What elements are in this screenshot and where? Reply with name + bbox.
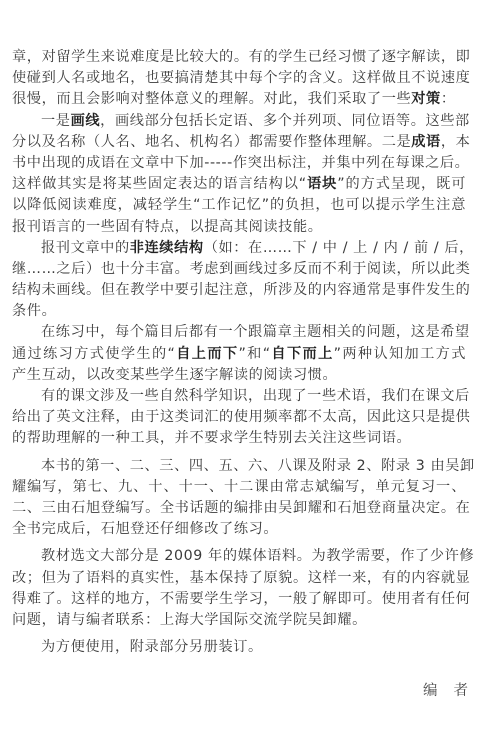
text-line: 产生互动，以改变某些学生逐字解读的阅读习惯。: [12, 365, 466, 386]
text-line: 很慢，而且会影响对整体意义的理解。对此，我们采取了一些对策：: [12, 89, 466, 110]
text-line: 一是画线，画线部分包括长定语、多个并列项、同位语等。这些部: [12, 111, 466, 132]
text-line: 教材选文大部分是 2009 年的媒体语料。为教学需要，作了少许修: [12, 546, 466, 567]
text-line: 条件。: [12, 301, 466, 322]
text-line: 以降低阅读难度，减轻学生“工作记忆”的负担，也可以提示学生注意: [12, 195, 466, 216]
text-line: 报刊文章中的非连续结构（如：在……下 / 中 / 上 / 内 / 前 / 后，: [12, 238, 466, 259]
emphasis: 自下而上: [271, 346, 334, 362]
emphasis: 语块: [307, 176, 338, 192]
text-line: 使碰到人名或地名，也要搞清楚其中每个字的含义。这样做且不说速度: [12, 68, 466, 89]
text-line: 书中出现的成语在文章中下加-----作突出标注，并集中列在每课之后。: [12, 153, 466, 174]
text-line: 在练习中，每个篇目后都有一个跟篇章主题相关的问题，这是希望: [12, 322, 466, 343]
text-line: 通过练习方式使学生的“自上而下”和“自下而上”两种认知加工方式: [12, 344, 466, 365]
text-line: 二、三由石旭登编写。全书话题的编排由吴卸耀和石旭登商量决定。在: [12, 498, 466, 519]
text-line: 给出了英文注释，由于这类词汇的使用频率都不太高，因此这只是提供: [12, 407, 466, 428]
emphasis: 画线: [71, 113, 101, 129]
text-line: 的帮助理解的一种工具，并不要求学生特别去关注这些词语。: [12, 428, 466, 449]
text-line: 问题，请与编者联系：上海大学国际交流学院吴卸耀。: [12, 610, 466, 631]
emphasis: 非连续结构: [130, 240, 204, 256]
text-line: 改；但为了语料的真实性，基本保持了原貌。这样一来，有的内容就显: [12, 568, 466, 589]
text-line: 分以及名称（人名、地名、机构名）都需要作整体理解。二是成语，本: [12, 132, 466, 153]
text-line: 继……之后）也十分丰富。考虑到画线过多反而不利于阅读，所以此类: [12, 259, 466, 280]
text-line: 这样做其实是将某些固定表达的语言结构以“语块”的方式呈现，既可: [12, 174, 466, 195]
text-line: 报刊语言的一些固有特点，以提高其阅读技能。: [12, 217, 466, 238]
emphasis: 成语: [411, 134, 441, 150]
emphasis: 自上而下: [175, 346, 238, 362]
signature: 编者: [423, 679, 484, 700]
text-line: 有的课文涉及一些自然科学知识，出现了一些术语，我们在课文后: [12, 386, 466, 407]
text-line: 结构未画线。但在教学中要引起注意，所涉及的内容通常是事件发生的: [12, 280, 466, 301]
text-line: 本书的第一、二、三、四、五、六、八课及附录 2、附录 3 由吴卸: [12, 456, 466, 477]
emphasis: 对策: [411, 91, 441, 107]
text-line: 耀编写，第七、九、十、十一、十二课由常志斌编写，单元复习一、: [12, 477, 466, 498]
text-line: 得难了。这样的地方，不需要学生学习，一般了解即可。使用者有任何: [12, 589, 466, 610]
text-line: 章，对留学生来说难度是比较大的。有的学生已经习惯了逐字解读，即: [12, 47, 466, 68]
preface-body: 章，对留学生来说难度是比较大的。有的学生已经习惯了逐字解读，即 使碰到人名或地名…: [12, 47, 466, 658]
text-line: 全书完成后，石旭登还仔细修改了练习。: [12, 519, 466, 540]
text-line: 为方便使用，附录部分另册装订。: [12, 637, 466, 658]
